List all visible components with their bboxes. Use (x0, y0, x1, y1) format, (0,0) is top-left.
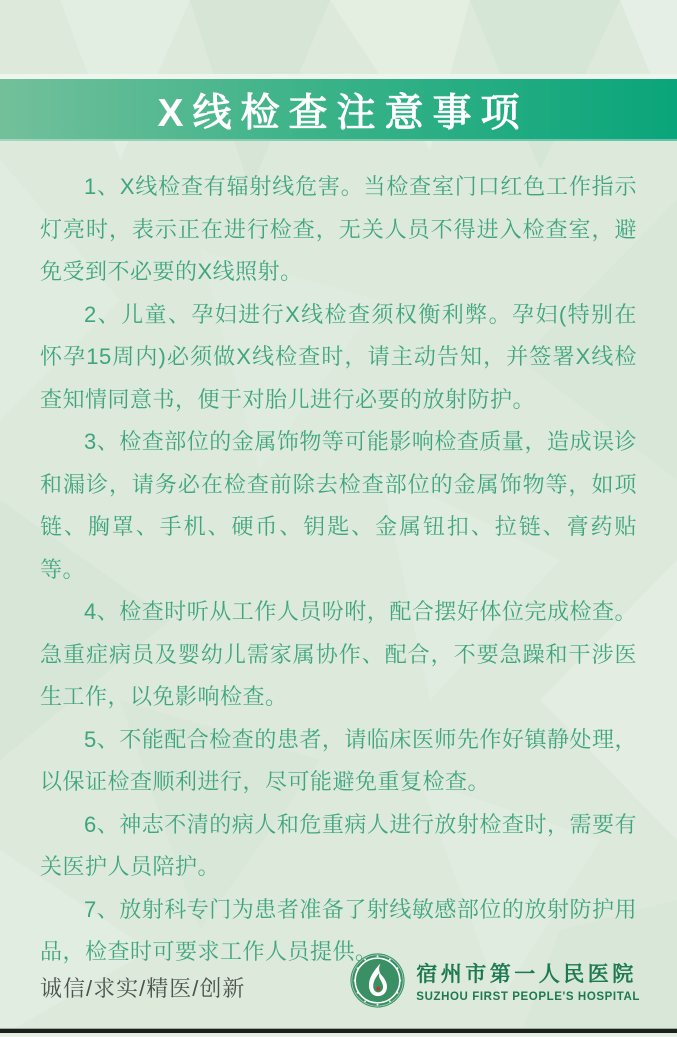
notice-paragraph-6: 6、神志不清的病人和危重病人进行放射检查时，需要有关医护人员陪护。 (40, 804, 637, 889)
hospital-slogan: 诚信/求实/精医/创新 (40, 972, 245, 1003)
notice-body: 1、X线检查有辐射线危害。当检查室门口红色工作指示灯亮时，表示正在进行检查，无关… (0, 140, 677, 974)
poster-bottom-edge (0, 1028, 677, 1037)
notice-paragraph-2: 2、儿童、孕妇进行X线检查须权衡利弊。孕妇(特别在怀孕15周内)必须做X线检查时… (40, 294, 637, 422)
hospital-name-en: SUZHOU FIRST PEOPLE'S HOSPITAL (416, 991, 640, 1003)
notice-paragraph-4: 4、检查时听从工作人员吩咐，配合摆好体位完成检查。急重症病员及婴幼儿需家属协作、… (40, 591, 637, 719)
hospital-name-cn: 宿州市第一人民医院 (416, 958, 640, 988)
footer: 诚信/求实/精医/创新 宿州市第一人民医院 SUZHOU FI (0, 945, 677, 1015)
hospital-logo-icon (349, 952, 406, 1009)
title-banner: X线检查注意事项 (0, 79, 677, 141)
notice-paragraph-3: 3、检查部位的金属饰物等可能影响检查质量，造成误诊和漏诊，请务必在检查前除去检查… (40, 421, 637, 591)
notice-paragraph-1: 1、X线检查有辐射线危害。当检查室门口红色工作指示灯亮时，表示正在进行检查，无关… (40, 166, 637, 294)
page-title: X线检查注意事项 (148, 82, 528, 138)
notice-poster: X线检查注意事项 1、X线检查有辐射线危害。当检查室门口红色工作指示灯亮时，表示… (0, 0, 677, 1037)
hospital-identity: 宿州市第一人民医院 SUZHOU FIRST PEOPLE'S HOSPITAL (349, 952, 640, 1009)
notice-paragraph-5: 5、不能配合检查的患者，请临床医师先作好镇静处理，以保证检查顺利进行，尽可能避免… (40, 719, 637, 804)
hospital-name-block: 宿州市第一人民医院 SUZHOU FIRST PEOPLE'S HOSPITAL (416, 958, 640, 1003)
